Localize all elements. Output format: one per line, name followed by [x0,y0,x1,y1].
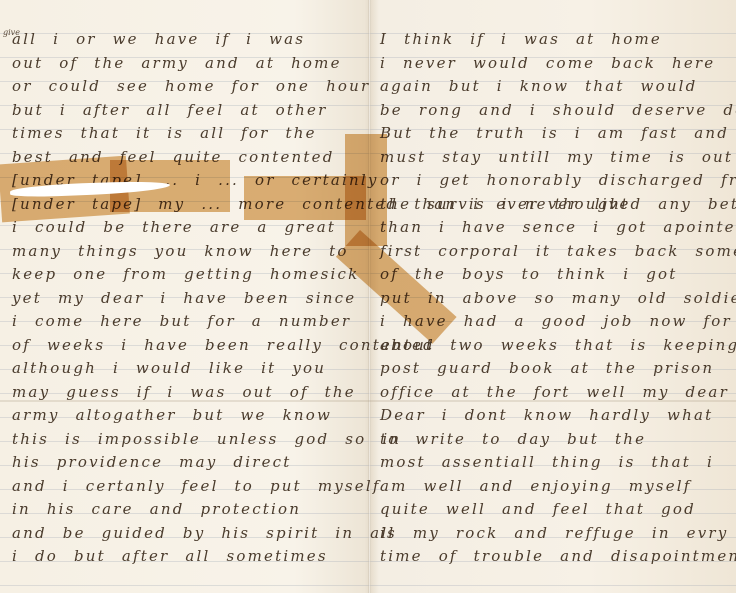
handwritten-line: post guard book at the prison [380,357,730,381]
handwritten-line: times that it is all for the [12,122,362,146]
handwritten-line: office at the fort well my dear [380,381,730,405]
handwritten-line: is my rock and reffuge in evry [380,522,730,546]
handwritten-line: first corporal it takes back some [380,240,730,264]
handwritten-line: army altogather but we know [12,404,362,428]
handwritten-line: i never would come back here [380,52,730,76]
handwritten-line: quite well and feel that god [380,498,730,522]
letter-scan: give all i or we have if i wasout of the… [0,0,736,593]
handwritten-line: again but i know that would [380,75,730,99]
handwritten-line: be rong and i should deserve death [380,99,730,123]
handwritten-line: time of trouble and disapointment [380,545,730,569]
handwritten-line: out of the army and at home [12,52,362,76]
handwritten-line: of the boys to think i got [380,263,730,287]
handwritten-line: and be guided by his spirit in all [12,522,362,546]
handwritten-line: although i would like it you [12,357,362,381]
handwritten-line: or i get honorably discharged from [380,169,730,193]
handwritten-line: in his care and protection [12,498,362,522]
handwritten-line: than i have sence i got apointed [380,216,730,240]
handwritten-line: must stay untill my time is out [380,146,730,170]
handwritten-line: his providence may direct [12,451,362,475]
handwritten-line: this is impossible unless god so in [12,428,362,452]
handwritten-line: i do but after all sometimes [12,545,362,569]
handwritten-line: Dear i dont know hardly what [380,404,730,428]
handwritten-line: many things you know here to [12,240,362,264]
handwritten-line: i come here but for a number [12,310,362,334]
handwritten-line: of weeks i have been really contented [12,334,362,358]
handwritten-line: But the truth is i am fast and [380,122,730,146]
tape-strip-vertical [345,134,387,246]
handwritten-line: the survis i never lived any better [380,193,730,217]
handwritten-line: yet my dear i have been since [12,287,362,311]
handwritten-line: keep one from getting homesick [12,263,362,287]
handwritten-line: all i or we have if i was [12,28,362,52]
handwritten-line: am well and enjoying myself [380,475,730,499]
handwritten-line: I think if i was at home [380,28,730,52]
handwritten-line: most assentiall thing is that i [380,451,730,475]
handwritten-line: and i certanly feel to put myself [12,475,362,499]
left-page: all i or we have if i wasout of the army… [12,28,362,569]
handwritten-line: to write to day but the [380,428,730,452]
handwritten-line: or could see home for one hour [12,75,362,99]
handwritten-line: but i after all feel at other [12,99,362,123]
handwritten-line: may guess if i was out of the [12,381,362,405]
